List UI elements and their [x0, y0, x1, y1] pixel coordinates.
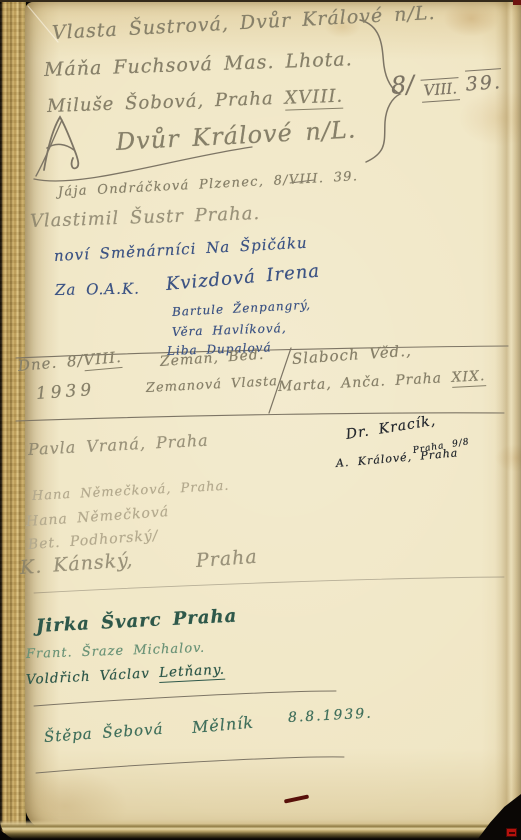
signature-text: Praha [195, 546, 258, 572]
page-right-edge [495, 2, 521, 828]
date-month-roman: VIII. [421, 77, 460, 103]
book-binding-edge [0, 1, 26, 834]
top-edge-shadow [0, 0, 521, 2]
red-tag-inner-mark [509, 832, 515, 834]
red-corner-mark [513, 0, 521, 5]
signature-line: Praha [195, 546, 258, 572]
date-day: 8/ [390, 72, 415, 98]
signature-underlined-text: XVIII. [284, 86, 344, 111]
signature-line: Za O.A.K. [55, 280, 140, 299]
scanned-guestbook-page: Vlasta Šustrová, Dvůr Králové n/L. Máňa … [0, 0, 521, 840]
signature-text: Za O.A.K. [55, 280, 140, 299]
red-tag-marker [506, 828, 517, 837]
date-cell: 1939 [35, 380, 96, 404]
signature-underlined-text: VIII. [83, 348, 123, 371]
signature-text: 1939 [35, 380, 96, 404]
signature-underlined-text: Letňany. [159, 662, 226, 683]
date-year: 39. [465, 68, 503, 95]
signature-underlined-text: XIX. [451, 368, 486, 388]
page-stack-edge [0, 820, 521, 840]
